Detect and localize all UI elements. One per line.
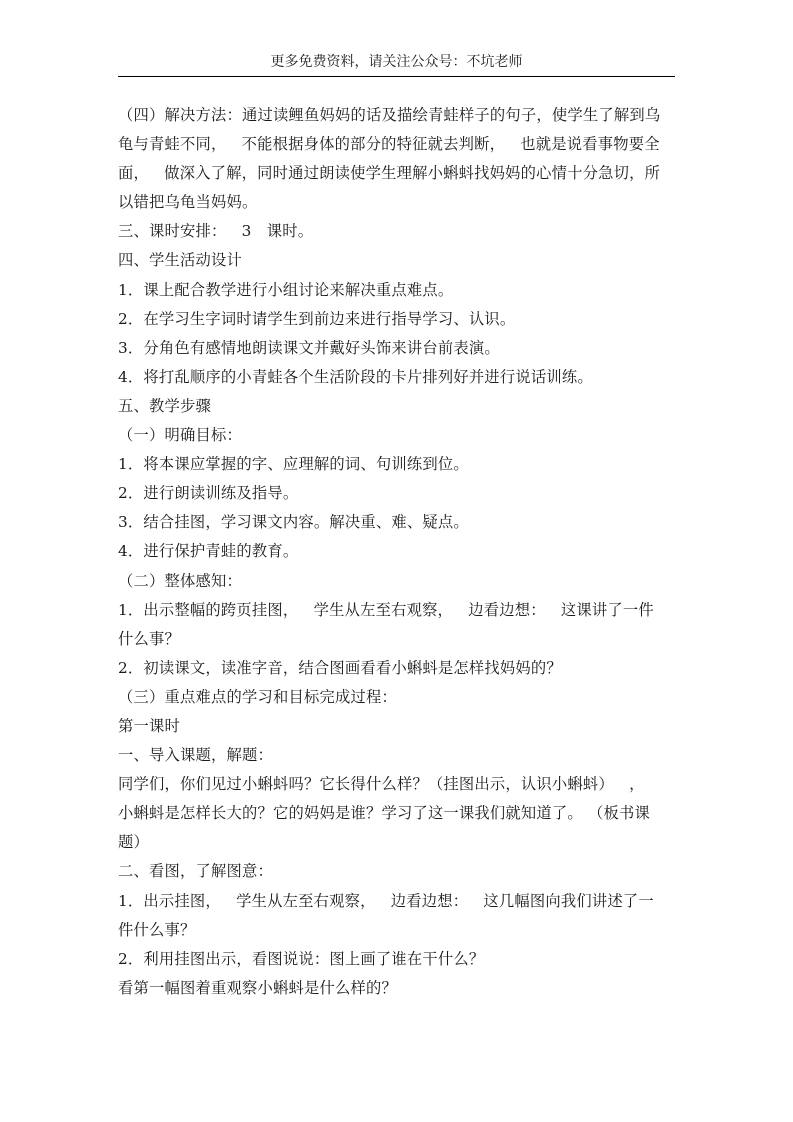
text-line: 题） (118, 828, 678, 857)
list-item: 3．结合挂图，学习课文内容。解决重、难、疑点。 (118, 508, 678, 537)
list-item: 1．出示挂图， 学生从左至右观察， 边看边想： 这几幅图向我们讲述了一 (118, 887, 678, 916)
lesson-heading: 第一课时 (118, 712, 678, 741)
text-line: 看第一幅图着重观察小蝌蚪是什么样的？ (118, 974, 678, 1003)
text-line: 龟与青蛙不同， 不能根据身体的部分的特征就去判断， 也就是说看事物要全 (118, 130, 678, 159)
text-line: （四）解决方法：通过读鲤鱼妈妈的话及描绘青蛙样子的句子，使学生了解到乌 (118, 101, 678, 130)
list-item: 4．进行保护青蛙的教育。 (118, 537, 678, 566)
list-item: 1．课上配合教学进行小组讨论来解决重点难点。 (118, 276, 678, 305)
header-divider (118, 76, 675, 77)
list-item: 3．分角色有感情地朗读课文并戴好头饰来讲台前表演。 (118, 334, 678, 363)
text-line: 什么事？ (118, 625, 678, 654)
list-item: 2．利用挂图出示，看图说说：图上画了谁在干什么？ (118, 945, 678, 974)
list-item: 2．进行朗读训练及指导。 (118, 479, 678, 508)
section-heading: 二、看图，了解图意： (118, 857, 678, 886)
section-heading: 一、导入课题，解题： (118, 741, 678, 770)
section-heading: 三、课时安排： 3 课时。 (118, 217, 678, 246)
list-item: 1．将本课应掌握的字、应理解的词、句训练到位。 (118, 450, 678, 479)
list-item: 2．初读课文，读准字音，结合图画看看小蝌蚪是怎样找妈妈的？ (118, 654, 678, 683)
text-line: 同学们，你们见过小蝌蚪吗？它长得什么样？（挂图出示，认识小蝌蚪） ， (118, 770, 678, 799)
subsection-heading: （二）整体感知： (118, 567, 678, 596)
document-body: （四）解决方法：通过读鲤鱼妈妈的话及描绘青蛙样子的句子，使学生了解到乌 龟与青蛙… (118, 101, 678, 1003)
list-item: 1．出示整幅的跨页挂图， 学生从左至右观察， 边看边想： 这课讲了一件 (118, 596, 678, 625)
text-line: 件什么事？ (118, 916, 678, 945)
subsection-heading: （一）明确目标： (118, 421, 678, 450)
text-line: 以错把乌龟当妈妈。 (118, 188, 678, 217)
page-header: 更多免费资料，请关注公众号：不坑老师 (118, 52, 675, 72)
text-line: 面， 做深入了解，同时通过朗读使学生理解小蝌蚪找妈妈的心情十分急切，所 (118, 159, 678, 188)
section-heading: 四、学生活动设计 (118, 246, 678, 275)
list-item: 4．将打乱顺序的小青蛙各个生活阶段的卡片排列好并进行说话训练。 (118, 363, 678, 392)
list-item: 2．在学习生字词时请学生到前边来进行指导学习、认识。 (118, 305, 678, 334)
text-line: 小蝌蚪是怎样长大的？它的妈妈是谁？学习了这一课我们就知道了。 （板书课 (118, 799, 678, 828)
subsection-heading: （三）重点难点的学习和目标完成过程： (118, 683, 678, 712)
section-heading: 五、教学步骤 (118, 392, 678, 421)
